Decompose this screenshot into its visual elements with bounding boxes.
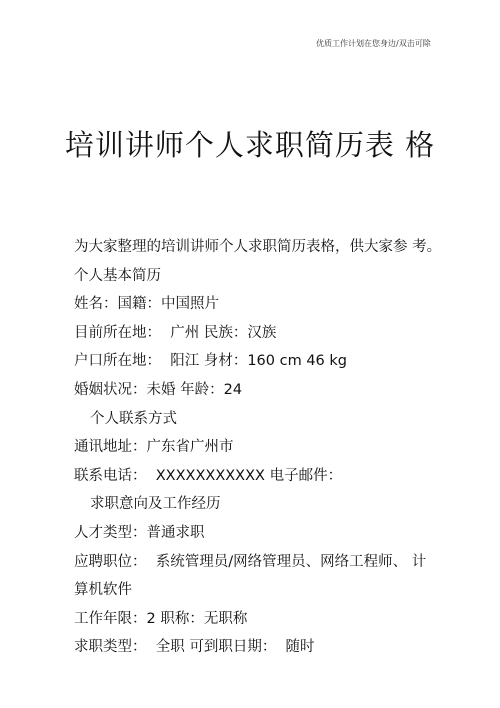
document-body: 为大家整理的培训讲师个人求职简历表格，供大家参 考。 个人基本简历 姓名：国籍：… <box>74 233 494 662</box>
section-basic-info: 个人基本简历 <box>74 262 494 291</box>
marital-age-line: 婚姻状况：未婚 年龄：24 <box>74 376 494 405</box>
address-line: 通讯地址：广东省广州市 <box>74 433 494 462</box>
section-contact: 个人联系方式 <box>74 405 494 434</box>
section-job-intent: 求职意向及工作经历 <box>74 490 494 519</box>
position-line-cont: 算机软件 <box>74 576 494 605</box>
experience-title-line: 工作年限：2 职称：无职称 <box>74 605 494 634</box>
location-ethnicity-line: 目前所在地： 广州 民族：汉族 <box>74 319 494 348</box>
phone-email-line: 联系电话： XXXXXXXXXXX 电子邮件： <box>74 462 494 491</box>
hukou-body-line: 户口所在地： 阳江 身材：160 cm 46 kg <box>74 347 494 376</box>
position-line: 应聘职位： 系统管理员/网络管理员、网络工程师、 计 <box>74 548 494 577</box>
name-nationality-line: 姓名：国籍：中国照片 <box>74 290 494 319</box>
document-title: 培训讲师个人求职简历表 格 <box>0 123 500 164</box>
job-type-date-line: 求职类型： 全职 可到职日期： 随时 <box>74 633 494 662</box>
intro-line: 为大家整理的培训讲师个人求职简历表格，供大家参 考。 <box>74 233 494 262</box>
talent-type-line: 人才类型：普通求职 <box>74 519 494 548</box>
header-note: 优质工作计划在您身边/双击可除 <box>316 38 431 49</box>
